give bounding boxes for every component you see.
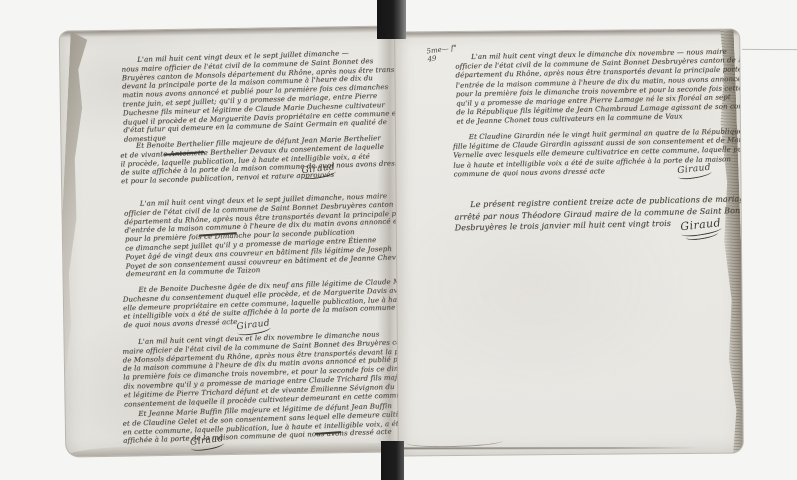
register-scan: L'an mil huit cent vingt deux et le sept… (0, 0, 797, 480)
manuscript-paragraph: L'an mil huit cent vingt deux et le dix … (122, 330, 398, 409)
signature: Giraud (677, 163, 712, 181)
page-gutter (377, 30, 409, 444)
left-page: L'an mil huit cent vingt deux et le sept… (59, 25, 404, 457)
spine-binding-top (377, 0, 406, 39)
right-page-content: 5me— f° 49 L'an mil huit cent vingt deux… (394, 28, 744, 456)
signature: Giraud (680, 216, 723, 241)
scanner-artifact-line (742, 49, 797, 50)
manuscript-paragraph: L'an mil huit cent vingt deux le dimanch… (455, 48, 718, 127)
margin-note: 5me— f° 49 (426, 44, 458, 64)
manuscript-paragraph: Et Jeanne Marie Buffin fille majeure et … (122, 402, 401, 446)
manuscript-paragraph: L'an mil huit cent vingt deux et le sept… (121, 48, 388, 144)
left-page-content: L'an mil huit cent vingt deux et le sept… (59, 25, 404, 457)
manuscript-paragraph: L'an mil huit cent vingt deux et le sept… (124, 192, 394, 280)
signature: Giraud (190, 434, 225, 452)
manuscript-paragraph: Et Benoite Berthelier fille majeure de d… (120, 134, 389, 186)
right-page: 5me— f° 49 L'an mil huit cent vingt deux… (394, 28, 744, 456)
spine-binding-bottom (381, 441, 404, 480)
